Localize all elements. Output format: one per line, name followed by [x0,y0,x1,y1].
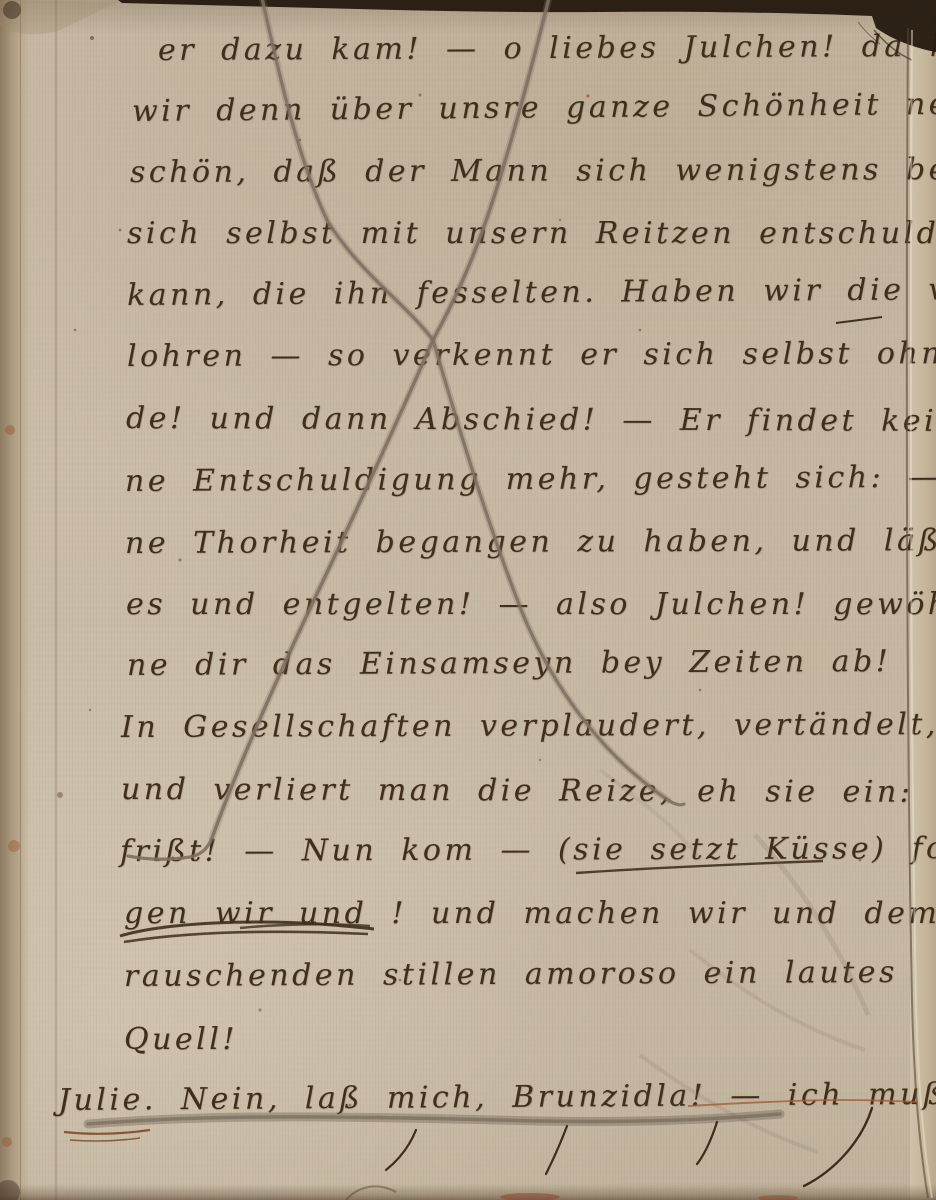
handwriting-line-15: gen wir und ! und machen wir und dem [124,899,936,929]
handwriting-line-7: de! und dann Abschied! — Er findet kei: [126,404,936,437]
handwriting-line-12: In Gesellschaften verplaudert, vertändel… [121,710,936,743]
handwriting-line-13: und verliert man die Reize, eh sie ein: [121,775,913,808]
handwriting-line-16: rauschenden stillen amoroso ein lautes [124,958,898,992]
handwriting-line-17: Quell! [124,1025,238,1055]
manuscript-page-scan: er dazu kam! — o liebes Julchen! da habe… [0,0,936,1200]
handwriting-line-3: schön, daß der Mann sich wenigstens bey [130,155,936,188]
handwriting-line-11: ne dir das Einsamseyn bey Zeiten ab! [127,647,891,681]
handwriting-line-8: ne Entschuldigung mehr, gesteht sich: — … [125,462,936,497]
handwriting-line-9: ne Thorheit begangen zu haben, und läßt [125,526,936,559]
handwriting-line-14: frißt! — Nun kom — (sie setzt Küsse) fol… [120,834,936,867]
handwriting-line-5: kann, die ihn fesselten. Haben wir die v… [127,275,936,311]
handwriting-line-18: Julie. Nein, laß mich, Brunzidla! — ich … [58,1079,936,1116]
handwriting-line-6: lohren — so verkennt er sich selbst ohne… [127,339,936,372]
handwriting-line-2: wir denn über unsre ganze Schönheit ne, [132,90,936,127]
handwriting-text-block: er dazu kam! — o liebes Julchen! da habe… [0,0,936,1200]
handwriting-line-4: sich selbst mit unsern Reitzen entschuld… [127,219,936,249]
handwriting-line-10: es und entgelten! — also Julchen! gewöh: [126,590,936,620]
handwriting-line-1: er dazu kam! — o liebes Julchen! da habe… [158,31,936,66]
